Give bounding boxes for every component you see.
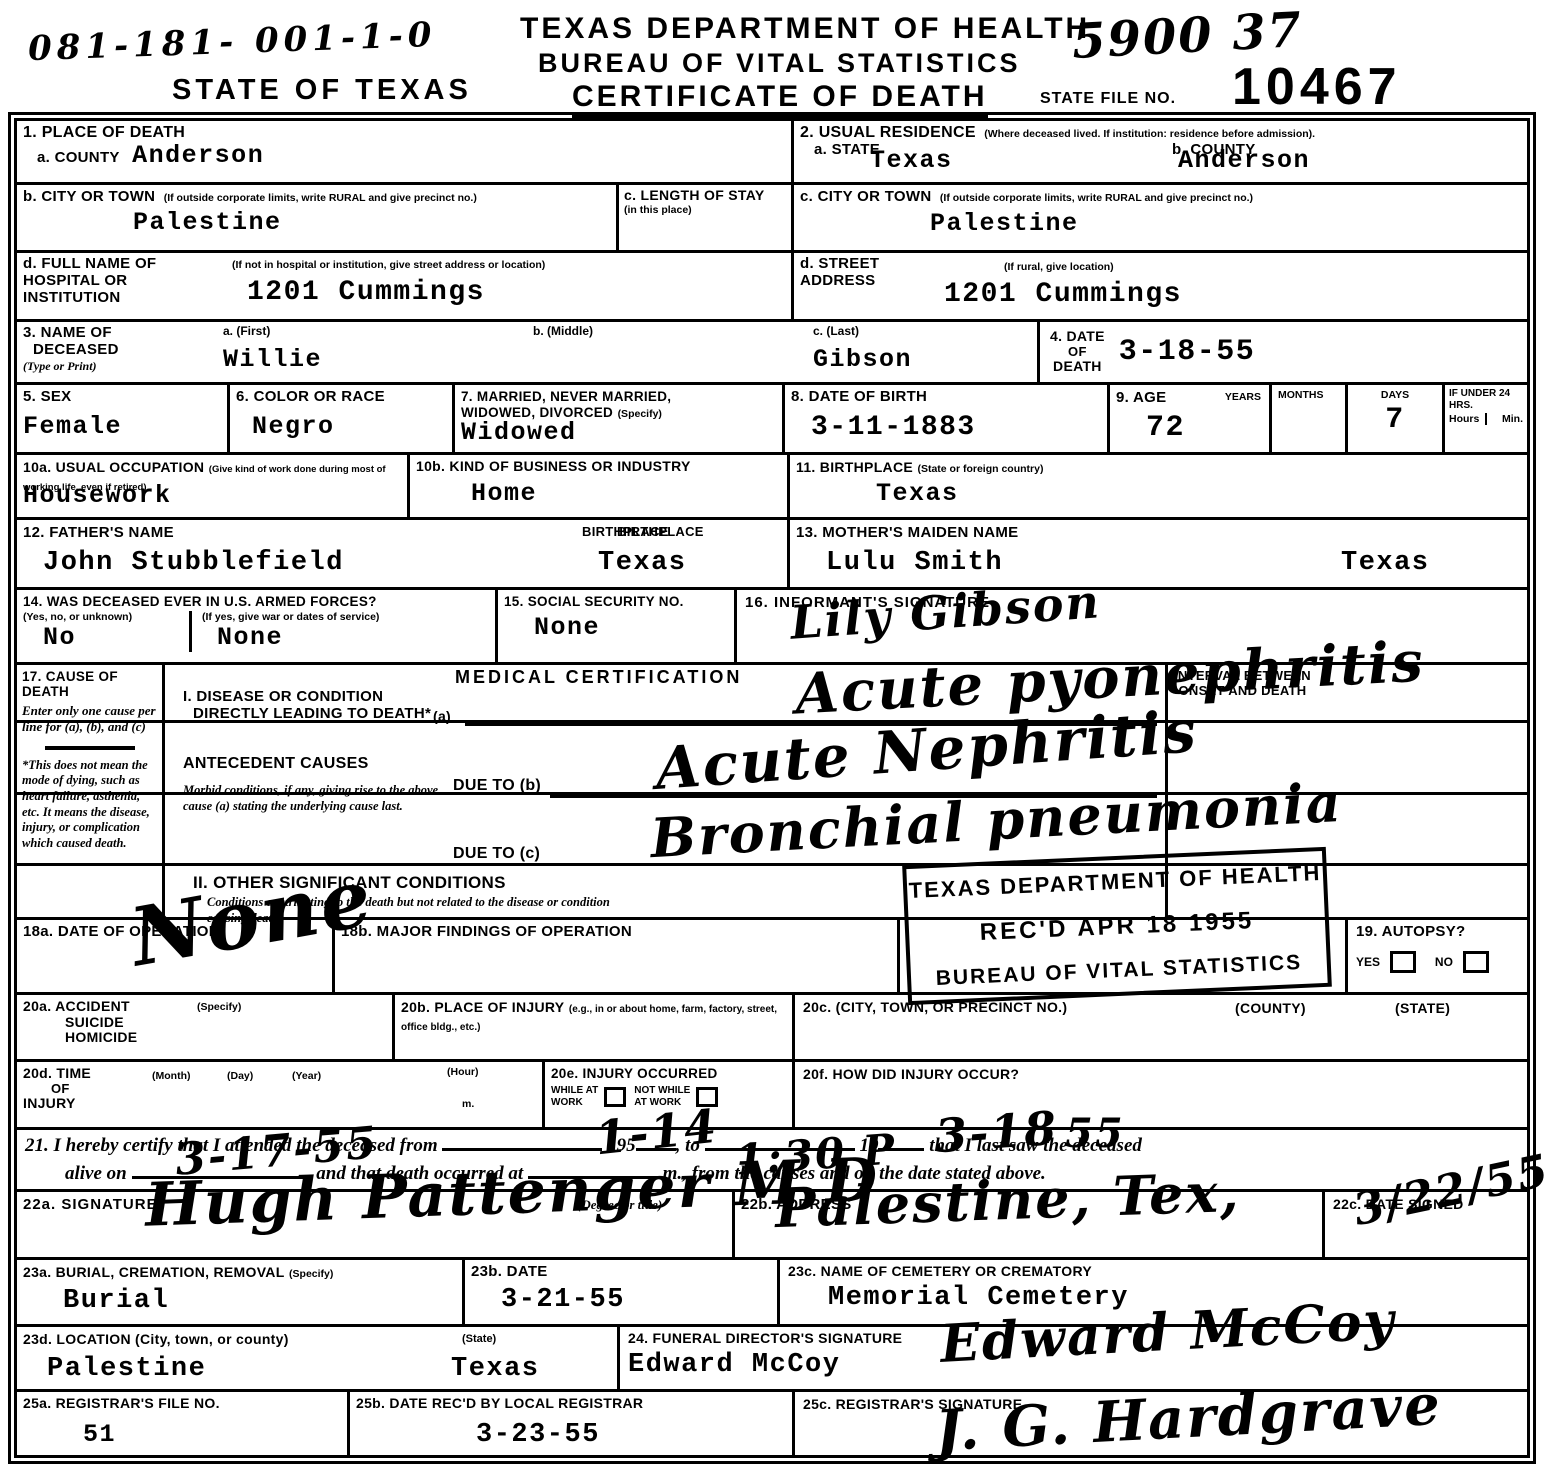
dod-value: 3-18-55	[1119, 335, 1256, 369]
stamp-line2: REC'D APR 18 1955	[979, 907, 1255, 947]
ssn-label: 15. SOCIAL SECURITY NO.	[504, 594, 728, 609]
pod-county-label: a. COUNTY	[37, 149, 120, 166]
age-years-value: 72	[1146, 411, 1263, 445]
ssn-value: None	[534, 613, 728, 642]
antecedent-label: ANTECEDENT CAUSES	[183, 755, 369, 773]
while-at-work-label2: WORK	[551, 1097, 598, 1109]
not-while-label1: NOT WHILE	[634, 1085, 690, 1097]
mother-value: Lulu Smith	[826, 548, 1003, 578]
ur-street-value: 1201 Cummings	[944, 279, 1182, 310]
marital-value: Widowed	[461, 418, 776, 447]
mother-birthplace-label: BIRTHPLACE	[582, 525, 669, 540]
birthplace-value: Texas	[876, 479, 1043, 508]
business-value: Home	[471, 479, 781, 508]
disease-label-line1: I. DISEASE OR CONDITION	[183, 689, 383, 706]
armed-forces-value: No	[43, 623, 189, 652]
row-occupation: 10a. USUAL OCCUPATION (Give kind of work…	[17, 455, 1527, 520]
how-injury-label: 20f. HOW DID INJURY OCCUR?	[803, 1066, 1019, 1082]
row-demographics: 5. SEX Female 6. COLOR OR RACE Negro 7. …	[17, 385, 1527, 455]
accident-label-line2: SUICIDE	[65, 1015, 386, 1031]
stamp-line1: TEXAS DEPARTMENT OF HEALTH	[908, 860, 1322, 904]
field-pod-county: 1. PLACE OF DEATH a. COUNTY Anderson	[17, 121, 791, 185]
burial-type-label: 23a. BURIAL, CREMATION, REMOVAL	[23, 1264, 285, 1280]
field-age-days: DAYS 7	[1348, 385, 1445, 452]
autopsy-label: 19. AUTOPSY?	[1356, 924, 1489, 941]
sex-value: Female	[23, 412, 221, 441]
operation-findings-label: 18b. MAJOR FINDINGS OF OPERATION	[341, 924, 891, 941]
field-date-of-death: 4. DATE OF DEATH 3-18-55	[1040, 322, 1265, 382]
ur-title: 2. USUAL RESIDENCE	[800, 124, 976, 141]
ur-title-note: (Where deceased lived. If institution: r…	[984, 128, 1315, 140]
ur-state-value: Texas	[870, 146, 953, 175]
field-registrar-date: 25b. DATE REC'D BY LOCAL REGISTRAR 3-23-…	[350, 1392, 795, 1455]
row-place-residence: 1. PLACE OF DEATH a. COUNTY Anderson b. …	[17, 121, 1527, 322]
name-label-note: (Type or Print)	[23, 359, 211, 374]
certify-year-handwritten: 55	[1065, 1110, 1125, 1157]
middle-name-label: b. (Middle)	[533, 325, 801, 339]
dod-label-line2: OF	[1050, 345, 1105, 360]
accident-label-line3: HOMICIDE	[65, 1030, 386, 1046]
burial-date-value: 3-21-55	[501, 1285, 771, 1315]
field-mother: 13. MOTHER'S MAIDEN NAME BIRTHPLACE Lulu…	[790, 520, 1024, 587]
morbid-note: Morbid conditions, if any, giving rise t…	[183, 783, 443, 814]
field-registrar-file: 25a. REGISTRAR'S FILE NO. 51	[17, 1392, 350, 1455]
accident-specify-note: (Specify)	[197, 1001, 241, 1013]
war-dates-note: (If yes, give war or dates of service)	[202, 611, 489, 623]
header-state-of-texas: STATE OF TEXAS	[172, 74, 472, 106]
cemetery-label: 23c. NAME OF CEMETERY OR CREMATORY	[788, 1264, 1129, 1280]
registrar-file-value: 51	[83, 1420, 341, 1449]
ur-city-note: (If outside corporate limits, write RURA…	[940, 192, 1253, 204]
race-label: 6. COLOR OR RACE	[236, 389, 446, 406]
burial-location-label: 23d. LOCATION (City, town, or county)	[23, 1331, 289, 1347]
field-sex: 5. SEX Female	[17, 385, 230, 452]
pod-county-value: Anderson	[132, 141, 264, 170]
divider	[45, 746, 135, 750]
mother-label: 13. MOTHER'S MAIDEN NAME	[796, 524, 1018, 541]
header-bureau: BUREAU OF VITAL STATISTICS	[538, 48, 1021, 78]
row-time-of-injury: 20d. TIME OF INJURY (Month) (Day) (Year)…	[17, 1062, 1527, 1130]
section-place-of-death: 1. PLACE OF DEATH a. COUNTY Anderson b. …	[17, 121, 794, 319]
physician-signature-label: 22a. SIGNATURE	[23, 1196, 158, 1213]
field-ur-city: c. CITY OR TOWN (If outside corporate li…	[794, 185, 1527, 253]
burial-date-label: 23b. DATE	[471, 1264, 771, 1281]
field-age-months: MONTHS	[1272, 385, 1348, 452]
age-years-label: YEARS	[1225, 391, 1261, 403]
field-pod-hospital: d. FULL NAME OF HOSPITAL OR INSTITUTION …	[17, 253, 791, 319]
ur-city-label: c. CITY OR TOWN	[800, 188, 931, 205]
field-middle-name: b. (Middle)	[527, 322, 807, 382]
sex-label: 5. SEX	[23, 389, 221, 406]
field-under-24hrs: IF UNDER 24 HRS. Hours Min.	[1445, 385, 1527, 452]
place-of-injury-label: 20b. PLACE OF INJURY	[401, 999, 564, 1015]
age-label: 9. AGE	[1116, 389, 1166, 406]
section-usual-residence: 2. USUAL RESIDENCE (Where deceased lived…	[794, 121, 1527, 319]
first-name-label: a. (First)	[223, 325, 521, 339]
field-occupation: 10a. USUAL OCCUPATION (Give kind of work…	[17, 455, 410, 517]
death-certificate-page: 081-181- 001-1-0 TEXAS DEPARTMENT OF HEA…	[0, 0, 1568, 1469]
pod-city-label: b. CITY OR TOWN	[23, 188, 155, 205]
occupation-label: 10a. USUAL OCCUPATION	[23, 459, 204, 475]
time-year-note: (Year)	[292, 1070, 321, 1082]
autopsy-no-label: NO	[1435, 955, 1453, 969]
autopsy-no-checkbox[interactable]	[1463, 951, 1489, 973]
pod-city-value: Palestine	[133, 208, 610, 237]
while-at-work-label1: WHILE AT	[551, 1085, 598, 1097]
injury-occurred-label: 20e. INJURY OCCURRED	[551, 1066, 786, 1081]
row-name-of-deceased: 3. NAME OF DECEASED (Type or Print) a. (…	[17, 322, 1527, 385]
race-value: Negro	[252, 412, 446, 441]
pod-city-note: (If outside corporate limits, write RURA…	[164, 192, 477, 204]
field-race: 6. COLOR OR RACE Negro	[230, 385, 455, 452]
time-m-note: m.	[462, 1098, 474, 1110]
field-ur-state-county: 2. USUAL RESIDENCE (Where deceased lived…	[794, 121, 1527, 185]
birthplace-label: 11. BIRTHPLACE	[796, 459, 913, 475]
field-date-of-birth: 8. DATE OF BIRTH 3-11-1883	[785, 385, 1110, 452]
registrar-file-label: 25a. REGISTRAR'S FILE NO.	[23, 1396, 341, 1412]
mother-birthplace-value: Texas	[1341, 548, 1430, 578]
field-last-name: c. (Last) Gibson	[807, 322, 1040, 382]
field-age-years: 9. AGE YEARS 72	[1110, 385, 1272, 452]
field-accident-type: 20a. ACCIDENT SUICIDE HOMICIDE (Specify)	[17, 995, 395, 1059]
father-label: 12. FATHER'S NAME	[23, 524, 174, 541]
cause-side-note: 17. CAUSE OF DEATH Enter only one cause …	[17, 665, 165, 917]
last-name-label: c. (Last)	[813, 325, 1031, 339]
injury-county-label: (COUNTY)	[1235, 1001, 1306, 1017]
due-to-c-label: DUE TO (c)	[453, 845, 540, 863]
burial-type-note: (Specify)	[289, 1268, 333, 1280]
time-day-note: (Day)	[227, 1070, 253, 1082]
dod-label-line3: DEATH	[1050, 359, 1105, 375]
father-value: John Stubblefield	[43, 548, 344, 578]
name-label-line2: DECEASED	[33, 342, 211, 359]
field-place-of-injury: 20b. PLACE OF INJURY (e.g., in or about …	[395, 995, 795, 1059]
field-birthplace: 11. BIRTHPLACE (State or foreign country…	[790, 455, 1049, 517]
medical-certification-title: MEDICAL CERTIFICATION	[455, 667, 742, 687]
state-file-no-value: 10467	[1232, 58, 1402, 116]
pod-stay-label: c. LENGTH OF STAY	[624, 188, 786, 204]
funeral-director-value: Edward McCoy	[628, 1350, 902, 1380]
burial-location-city-value: Palestine	[47, 1354, 206, 1384]
field-operation-findings: 18b. MAJOR FINDINGS OF OPERATION	[335, 920, 900, 992]
state-file-no-label: STATE FILE NO.	[1040, 90, 1176, 108]
header-department: TEXAS DEPARTMENT OF HEALTH	[520, 12, 1090, 46]
injury-state-label: (STATE)	[1395, 1001, 1450, 1017]
pod-title: 1. PLACE OF DEATH	[23, 124, 785, 142]
time-month-note: (Month)	[152, 1070, 190, 1082]
interval-rule-a	[17, 720, 1527, 723]
ur-street-label: d. STREET ADDRESS	[800, 256, 920, 290]
pod-hospital-label: d. FULL NAME OF HOSPITAL OR INSTITUTION	[23, 256, 223, 306]
autopsy-yes-label: YES	[1356, 955, 1380, 969]
burial-location-state-note: (State)	[462, 1333, 496, 1346]
received-stamp: TEXAS DEPARTMENT OF HEALTH REC'D APR 18 …	[902, 847, 1332, 1005]
registrar-date-label: 25b. DATE REC'D BY LOCAL REGISTRAR	[356, 1396, 786, 1412]
cause-label: 17. CAUSE OF DEATH	[22, 669, 157, 699]
name-label-block: 3. NAME OF DECEASED (Type or Print)	[17, 322, 217, 382]
while-at-work-checkbox[interactable]	[604, 1087, 626, 1107]
field-first-name: a. (First) Willie	[217, 322, 527, 382]
ur-street-note: (If rural, give location)	[1004, 261, 1114, 273]
under24-label: IF UNDER 24 HRS.	[1449, 388, 1523, 411]
dob-value: 3-11-1883	[811, 412, 1101, 443]
armed-forces-note: (Yes, no, or unknown)	[23, 611, 189, 623]
last-name-value: Gibson	[813, 345, 1031, 374]
father-birthplace-value: Texas	[598, 548, 687, 578]
certify-from-blank	[442, 1148, 602, 1151]
field-ssn: 15. SOCIAL SECURITY NO. None	[495, 590, 737, 662]
occupation-value: Housework	[23, 481, 401, 510]
field-time-of-injury: 20d. TIME OF INJURY (Month) (Day) (Year)…	[17, 1062, 545, 1127]
name-label-line1: 3. NAME OF	[23, 325, 211, 342]
dob-label: 8. DATE OF BIRTH	[791, 389, 1101, 406]
field-ur-street: d. STREET ADDRESS (If rural, give locati…	[794, 253, 1527, 319]
age-days-value: 7	[1354, 403, 1436, 437]
birthplace-note: (State or foreign country)	[917, 463, 1043, 475]
business-label: 10b. KIND OF BUSINESS OR INDUSTRY	[416, 459, 781, 475]
pod-hospital-note: (If not in hospital or institution, give…	[232, 259, 712, 271]
time-injury-label2: OF	[51, 1082, 536, 1097]
under24-min-label: Min.	[1487, 413, 1523, 425]
time-hour-note: (Hour)	[447, 1066, 479, 1078]
field-burial-date: 23b. DATE 3-21-55	[465, 1260, 780, 1324]
row-parents: 12. FATHER'S NAME BIRTHPLACE John Stubbl…	[17, 520, 1527, 590]
cause-note2: *This does not mean the mode of dying, s…	[22, 758, 157, 852]
ur-city-value: Palestine	[930, 209, 1521, 238]
stamp-line3: BUREAU OF VITAL STATISTICS	[935, 951, 1302, 991]
marital-label-line1: 7. MARRIED, NEVER MARRIED,	[461, 389, 776, 404]
autopsy-yes-checkbox[interactable]	[1390, 951, 1416, 973]
age-months-label: MONTHS	[1278, 389, 1339, 401]
ledger-code-handwritten: 081-181- 001-1-0	[27, 15, 437, 69]
field-injury-location: 20c. (CITY, TOWN, OR PRECINCT NO.) (COUN…	[795, 995, 1075, 1059]
pod-hospital-value: 1201 Cummings	[247, 277, 485, 308]
field-burial-location: 23d. LOCATION (City, town, or county) (S…	[17, 1327, 620, 1389]
field-pod-city: b. CITY OR TOWN (If outside corporate li…	[17, 185, 791, 253]
registrar-date-value: 3-23-55	[476, 1420, 786, 1450]
field-marital: 7. MARRIED, NEVER MARRIED, WIDOWED, DIVO…	[455, 385, 785, 452]
row-accident: 20a. ACCIDENT SUICIDE HOMICIDE (Specify)…	[17, 995, 1527, 1062]
certify-to-handwritten: 3-18	[933, 1101, 1060, 1163]
field-funeral-director: 24. FUNERAL DIRECTOR'S SIGNATURE Edward …	[620, 1327, 910, 1389]
first-name-value: Willie	[223, 345, 521, 374]
dod-label-line1: 4. DATE	[1050, 329, 1105, 345]
burial-type-value: Burial	[63, 1286, 456, 1316]
time-injury-label3: INJURY	[23, 1096, 536, 1112]
pod-stay-note: (in this place)	[624, 204, 786, 216]
burial-location-state-value: Texas	[451, 1354, 540, 1384]
under24-hours-label: Hours	[1449, 413, 1487, 425]
age-days-label: DAYS	[1354, 389, 1436, 401]
funeral-director-label: 24. FUNERAL DIRECTOR'S SIGNATURE	[628, 1331, 902, 1347]
war-dates-value: None	[217, 623, 489, 652]
armed-forces-label: 14. WAS DECEASED EVER IN U.S. ARMED FORC…	[23, 594, 377, 609]
field-father: 12. FATHER'S NAME BIRTHPLACE John Stubbl…	[17, 520, 790, 587]
field-business: 10b. KIND OF BUSINESS OR INDUSTRY Home	[410, 455, 790, 517]
ur-county-value: Anderson	[1178, 146, 1310, 175]
field-armed-forces: 14. WAS DECEASED EVER IN U.S. ARMED FORC…	[17, 590, 495, 662]
marital-note: (Specify)	[618, 408, 662, 420]
field-autopsy: 19. AUTOPSY? YES NO	[1348, 920, 1497, 992]
field-burial-type: 23a. BURIAL, CREMATION, REMOVAL (Specify…	[17, 1260, 465, 1324]
